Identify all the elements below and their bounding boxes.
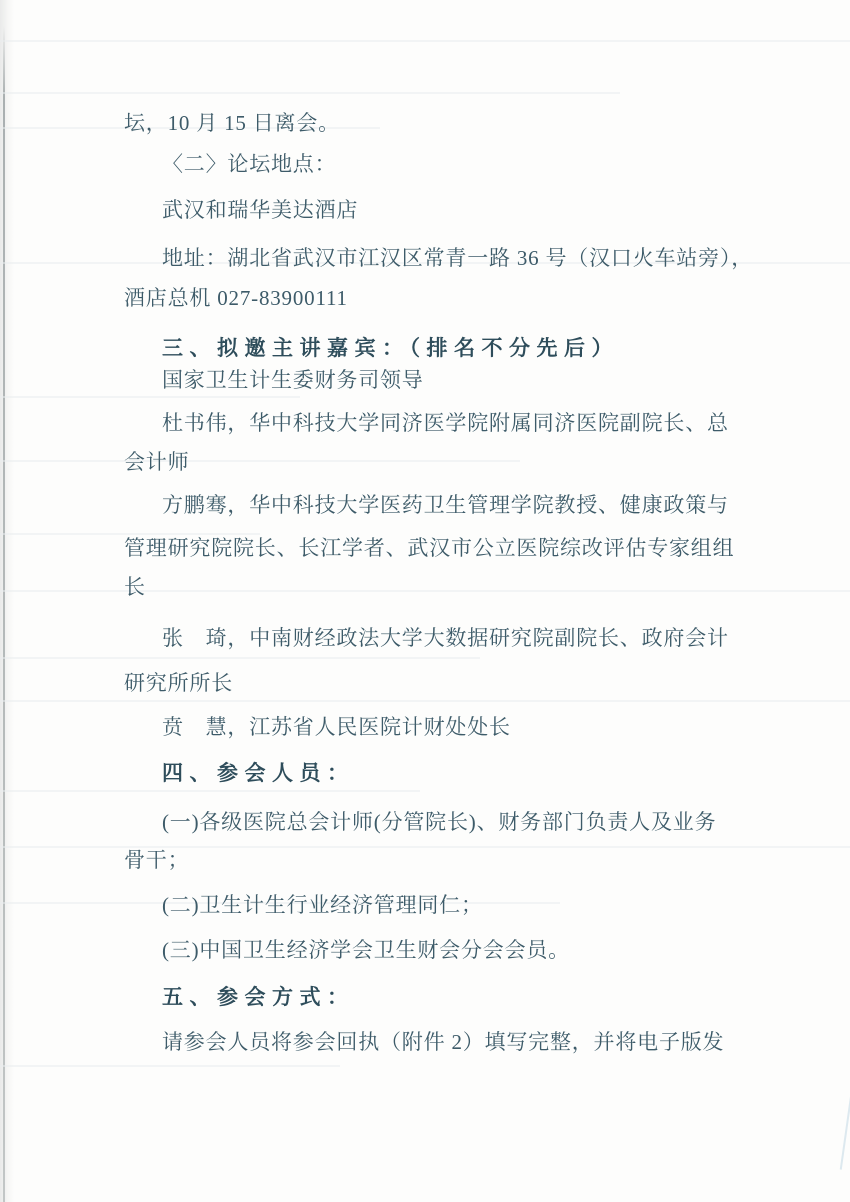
section-heading-line: 五、参会方式： (124, 975, 772, 1019)
text-line: 地址：湖北省武汉市江汉区常青一路 36 号（汉口火车站旁）， (124, 236, 772, 280)
section-heading-line: 四、参会人员： (124, 751, 772, 795)
text-line: (二)卫生计生行业经济管理同仁； (124, 883, 772, 927)
text-line: 坛，10 月 15 日离会。 (124, 101, 734, 145)
scanned-page: 坛，10 月 15 日离会。〈二〉论坛地点：武汉和瑞华美达酒店地址：湖北省武汉市… (0, 0, 850, 1202)
text-line: 武汉和瑞华美达酒店 (124, 188, 772, 232)
text-line: 酒店总机 027-83900111 (124, 276, 734, 320)
text-line: 国家卫生计生委财务司领导 (124, 358, 772, 402)
text-line: 张 琦，中南财经政法大学大数据研究院副院长、政府会计 (124, 616, 772, 660)
text-line: 骨干； (124, 838, 734, 882)
text-line: 方鹏骞，华中科技大学医药卫生管理学院教授、健康政策与 (124, 483, 772, 527)
text-line: 〈二〉论坛地点： (124, 142, 772, 186)
text-line: 请参会人员将参会回执（附件 2）填写完整，并将电子版发 (124, 1020, 772, 1064)
text-line: 管理研究院院长、长江学者、武汉市公立医院综改评估专家组组 (124, 526, 734, 570)
text-line: 杜书伟，华中科技大学同济医学院附属同济医院副院长、总 (124, 401, 772, 445)
document-body: 坛，10 月 15 日离会。〈二〉论坛地点：武汉和瑞华美达酒店地址：湖北省武汉市… (0, 0, 850, 1202)
text-line: 研究所所长 (124, 661, 734, 705)
text-line: 贲 慧，江苏省人民医院计财处处长 (124, 705, 772, 749)
text-line: 长 (124, 565, 734, 609)
text-line: 会计师 (124, 440, 734, 484)
text-line: (三)中国卫生经济学会卫生财会分会会员。 (124, 928, 772, 972)
